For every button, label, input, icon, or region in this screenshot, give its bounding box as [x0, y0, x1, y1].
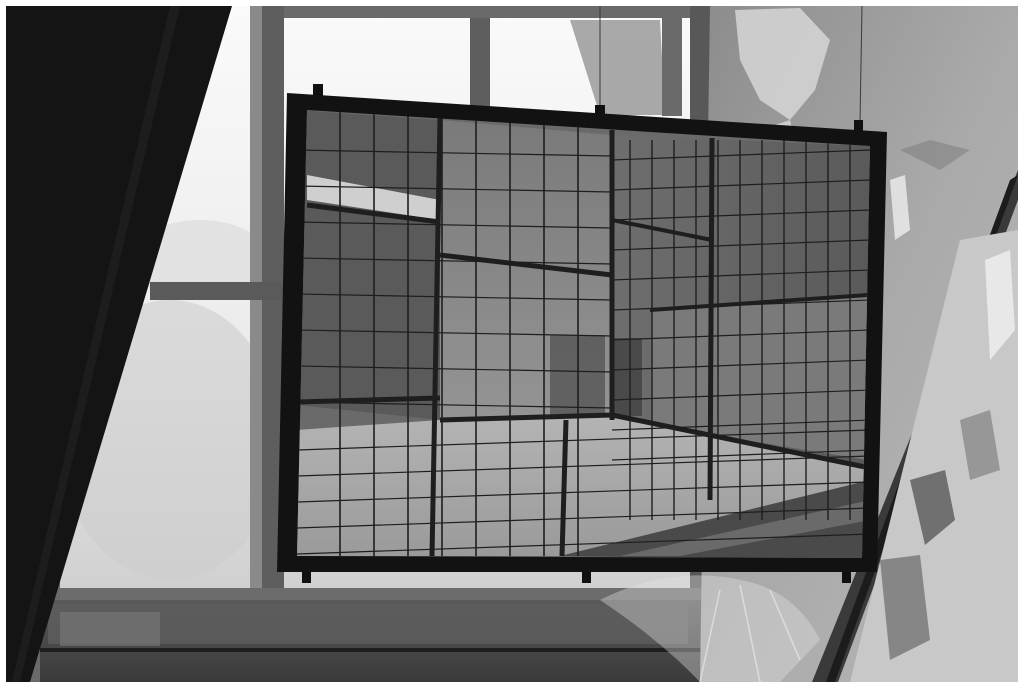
framed-shoji-photo [290, 100, 880, 570]
photograph [0, 0, 1024, 688]
hanging-picture-frame [277, 84, 887, 583]
scene [6, 6, 1018, 682]
window-transom [150, 282, 284, 300]
